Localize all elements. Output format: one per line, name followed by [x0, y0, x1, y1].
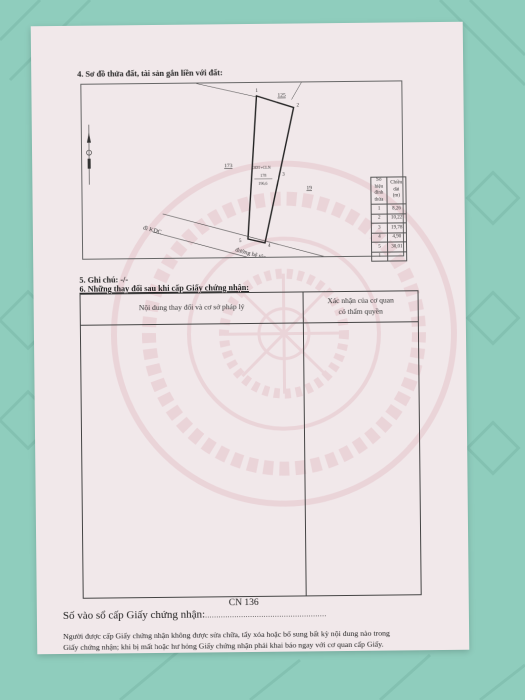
- changes-content-header: Nội dung thay đổi và cơ sở pháp lý: [81, 301, 303, 312]
- authority-header-line2: có thẩm quyền: [304, 305, 418, 317]
- vertex-5: 5: [239, 239, 242, 244]
- vertex-2: 2: [297, 103, 300, 108]
- changes-table: Nội dung thay đổi và cơ sở pháp lý Xác n…: [80, 290, 422, 599]
- parcel-land-type: ODT+CLN: [252, 165, 271, 170]
- length-cell: 4,90: [387, 232, 406, 242]
- vertex-4: 4: [268, 244, 271, 249]
- certificate-page: 4. Sơ đồ thửa đất, tài sản gắn liền với …: [31, 22, 470, 654]
- parcel-area: 196,6: [258, 181, 267, 187]
- vertex-cell: 2: [371, 214, 387, 224]
- vertex-3: 3: [282, 173, 285, 178]
- registry-dots: ........................................…: [205, 610, 327, 619]
- length-header: Chiều dài (m): [387, 177, 406, 204]
- vertex-1: 1: [255, 89, 258, 94]
- authority-confirmation-header: Xác nhận của cơ quan có thẩm quyền: [304, 294, 418, 317]
- length-cell: [387, 251, 406, 261]
- vertex-cell: 4: [371, 233, 387, 243]
- road-name: đường bê tông: [235, 247, 270, 258]
- footer-warning-note: Người được cấp Giấy chứng nhận không đượ…: [63, 627, 463, 653]
- registry-number-value: CN 136: [229, 598, 259, 608]
- road-direction-left: đi KDC: [142, 225, 162, 236]
- column-divider: [303, 292, 307, 595]
- vertex-cell: 1: [371, 204, 387, 214]
- neighbor-parcel-173: 173: [224, 163, 233, 169]
- length-cell: 8,26: [387, 204, 406, 214]
- north-arrow-icon: [86, 125, 92, 185]
- vertex-header: Số hiệu đỉnh thửa: [371, 177, 387, 204]
- vertex-cell: 3: [371, 223, 387, 233]
- changes-table-header: Nội dung thay đổi và cơ sở pháp lý Xác n…: [81, 291, 418, 326]
- vertex-cell: 5: [372, 242, 388, 252]
- parcel-number: 178: [260, 173, 266, 178]
- neighbor-parcel-125: 125: [277, 93, 286, 99]
- length-cell: 19,78: [387, 223, 406, 233]
- registry-label: Số vào sổ cấp Giấy chứng nhận:: [63, 608, 205, 621]
- length-cell: 10,22: [387, 213, 406, 223]
- length-cell: 30,01: [387, 242, 406, 252]
- section-4-title: 4. Sơ đồ thửa đất, tài sản gắn liền với …: [77, 68, 223, 79]
- registry-number-line: Số vào sổ cấp Giấy chứng nhận:..........…: [63, 607, 327, 622]
- parcel-map: 1 2 3 4 5 125 173 19 ODT+CLN 178 196,6 đ…: [80, 80, 404, 259]
- neighbor-parcel-19: 19: [306, 185, 312, 191]
- vertex-length-table: Số hiệu đỉnh thửa Chiều dài (m) 18,26 21…: [370, 176, 407, 261]
- vertex-cell: 1: [372, 252, 388, 262]
